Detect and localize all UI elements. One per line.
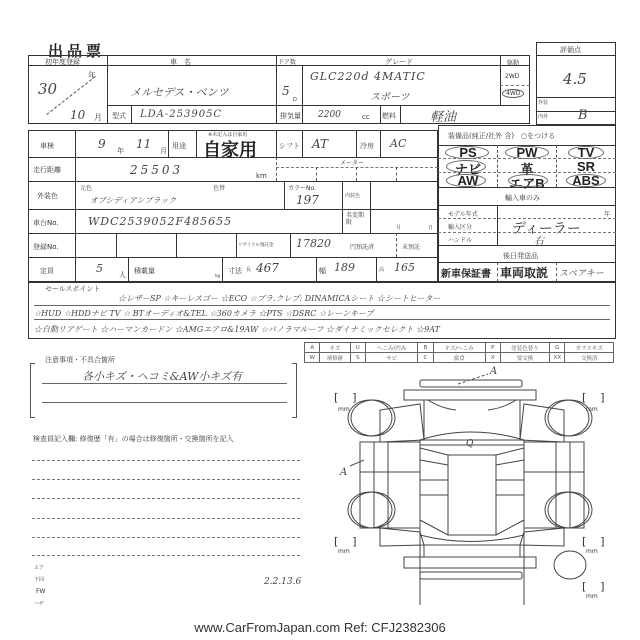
accessory-warranty: 新車保証書 xyxy=(441,265,491,280)
ac-label: 冷房 xyxy=(360,141,374,151)
sales-points-label: セールスポイント xyxy=(45,284,100,294)
chassis-value: WDC2539052F485655 xyxy=(88,215,232,228)
mileage-value: 25503 xyxy=(130,163,183,177)
exterior-color-label: 外装色 xyxy=(37,191,58,201)
sales-point-line-3: ☆自動リアゲート ☆ハーマンカードン ☆AMGエアロ&19AW ☆パノラマルーフ… xyxy=(34,324,440,335)
interior-score-label: 内外 xyxy=(538,113,548,120)
accessory-spare-key: スペアキー xyxy=(559,266,604,279)
equipment-header: 装備品(純正/社外 含) ○をつける xyxy=(448,131,555,141)
doors-value: 5 xyxy=(282,84,290,98)
tread-bracket-fl: [ ] xyxy=(334,391,357,404)
grade-label: グレード xyxy=(385,57,413,67)
first-registration-month: 10 xyxy=(70,108,85,122)
first-registration-label: 初年度登録 xyxy=(45,57,80,67)
exterior-score-label: 外装 xyxy=(538,99,548,106)
fuel-value: 軽油 xyxy=(430,106,456,125)
score-label: 評価点 xyxy=(560,45,581,55)
model-label: 型式 xyxy=(112,111,126,121)
inspection-label: 車検 xyxy=(40,141,54,151)
chassis-label: 車台No. xyxy=(33,218,59,228)
inspector-label: 検査員記入欄: 修復歴「有」の場合は修復箇所・交換箇所を記入 xyxy=(33,434,234,444)
shift-label: シフト xyxy=(279,141,300,151)
drive-label: 駆動 xyxy=(507,58,519,67)
ac-value: AC xyxy=(390,137,406,150)
exterior-color-value: オブシディアンブラック xyxy=(90,195,176,206)
inspection-year: 9 xyxy=(98,137,106,151)
tread-bracket-rl: [ ] xyxy=(334,535,357,548)
shift-value: AT xyxy=(312,137,328,151)
car-damage-diagram xyxy=(320,360,620,610)
site-url[interactable]: www.CarFromJapan.com xyxy=(194,620,340,635)
tread-bracket-spare: [ ] xyxy=(582,580,605,593)
usage-label: 用途 xyxy=(172,141,186,151)
mark-roof: Q xyxy=(466,439,473,449)
displacement-value: 2200 xyxy=(318,110,341,120)
load-label: 積載量 xyxy=(134,266,155,276)
score-value: 4.5 xyxy=(563,70,587,88)
mileage-label: 走行距離 xyxy=(33,165,61,175)
import-type-value: ディーラー xyxy=(512,218,581,238)
meter-label: メーター xyxy=(340,158,364,167)
notes-value: 各小キズ・ヘコミ&AW小キズ有 xyxy=(82,368,242,384)
import-header: 輸入車のみ xyxy=(505,193,540,203)
width-value: 189 xyxy=(334,261,355,274)
tread-bracket-rr: [ ] xyxy=(582,535,605,548)
car-name-value: メルセデス・ベンツ xyxy=(130,84,229,100)
accessory-manual: 車両取説 xyxy=(500,264,548,281)
notes-label: 注意事項・不具合箇所 xyxy=(45,355,115,365)
capacity-value: 5 xyxy=(96,262,103,275)
displacement-label: 排気量 xyxy=(280,111,301,121)
model-value: LDA-253905C xyxy=(140,109,222,120)
usage-value: 自家用 xyxy=(203,136,257,162)
reference-id: Ref: CFJ2382306 xyxy=(344,620,446,635)
height-value: 165 xyxy=(394,261,415,274)
registration-label: 登録No. xyxy=(33,242,59,252)
grade-line1: GLC220d 4MATIC xyxy=(310,70,426,83)
accessories-header: 後日発送品 xyxy=(503,251,538,261)
tread-bracket-fr: [ ] xyxy=(582,391,605,404)
watermark-footer: www.CarFromJapan.com Ref: CFJ2382306 xyxy=(0,620,640,635)
drive-2wd: 2WD xyxy=(505,73,519,80)
length-value: 467 xyxy=(256,261,279,275)
recycle-value: 17820 xyxy=(296,237,331,250)
mark-left-side: A xyxy=(340,467,347,478)
inspection-month: 11 xyxy=(136,137,151,151)
color-number: 197 xyxy=(296,193,319,207)
interior-score-value: B xyxy=(578,108,588,123)
grade-line2: スポーツ xyxy=(370,88,410,103)
sales-point-line-1: ☆レザーSP ☆キーレスゴー ☆ECO ☆ブラ.クレブ: DINAMICAシート… xyxy=(118,293,441,304)
inspector-code: 2.2.13.6 xyxy=(264,577,301,587)
first-registration-year: 30 xyxy=(38,80,57,98)
car-name-label: 車 名 xyxy=(170,57,191,67)
doors-label: ドア数 xyxy=(278,57,296,66)
mark-front-bumper: A xyxy=(490,366,497,377)
equip-sr: SR xyxy=(556,159,616,174)
sales-point-line-2: ☆HUD ☆HDDナビ TV ☆ BTオーディオ&TEL ☆360カメラ ☆PT… xyxy=(34,308,374,319)
capacity-label: 定員 xyxy=(40,266,54,276)
fuel-label: 燃料 xyxy=(382,111,396,121)
